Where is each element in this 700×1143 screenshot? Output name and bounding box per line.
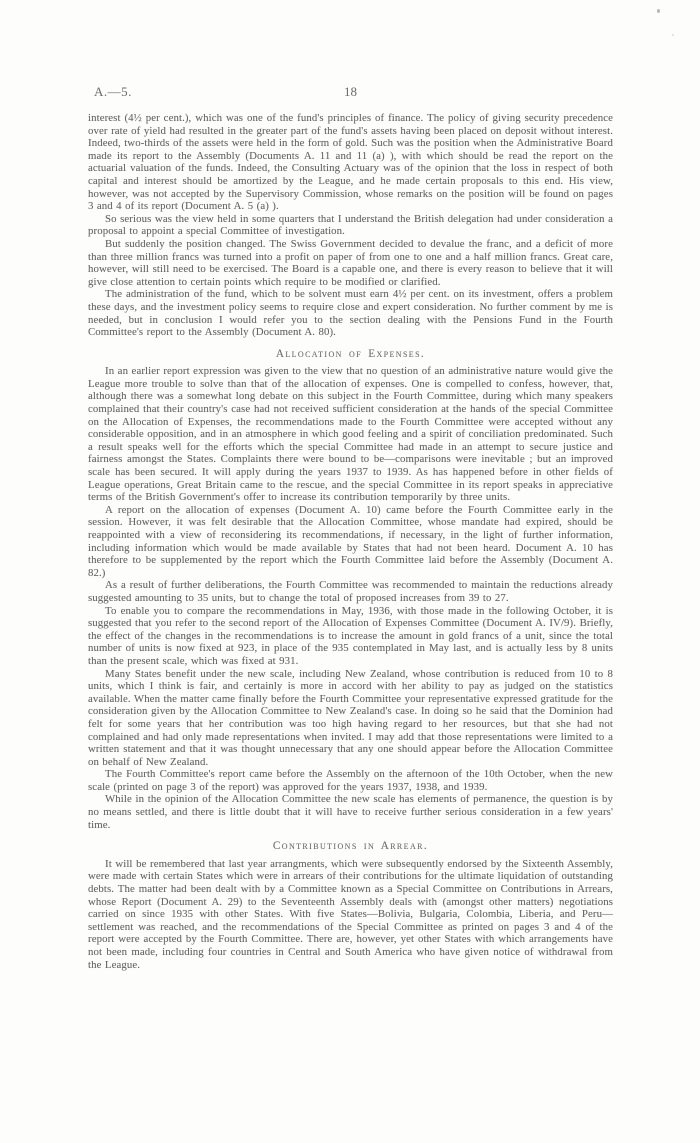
paragraph: It will be remembered that last year arr…: [88, 858, 613, 971]
paragraph: The administration of the fund, which to…: [88, 288, 613, 338]
paragraph: So serious was the view held in some qua…: [88, 213, 613, 238]
document-page: A.—5. 18 interest (4½ per cent.), which …: [0, 0, 700, 1143]
page-number: 18: [88, 84, 613, 100]
paragraph: interest (4½ per cent.), which was one o…: [88, 112, 613, 213]
document-body: interest (4½ per cent.), which was one o…: [88, 112, 613, 971]
page-header: A.—5. 18: [88, 84, 613, 100]
paragraph: But suddenly the position changed. The S…: [88, 238, 613, 288]
paragraph: Many States benefit under the new scale,…: [88, 668, 613, 769]
paragraph: As a result of further deliberations, th…: [88, 579, 613, 604]
paragraph: While in the opinion of the Allocation C…: [88, 793, 613, 831]
scan-speck: [657, 9, 660, 13]
section-heading-allocation-of-expenses: Allocation of Expenses.: [88, 348, 613, 361]
paragraph: To enable you to compare the recommendat…: [88, 605, 613, 668]
section-heading-contributions-in-arrear: Contributions in Arrear.: [88, 840, 613, 853]
paragraph: The Fourth Committee's report came befor…: [88, 768, 613, 793]
scan-speck: [672, 34, 674, 36]
paragraph: A report on the allocation of expenses (…: [88, 504, 613, 580]
paragraph: In an earlier report expression was give…: [88, 365, 613, 504]
